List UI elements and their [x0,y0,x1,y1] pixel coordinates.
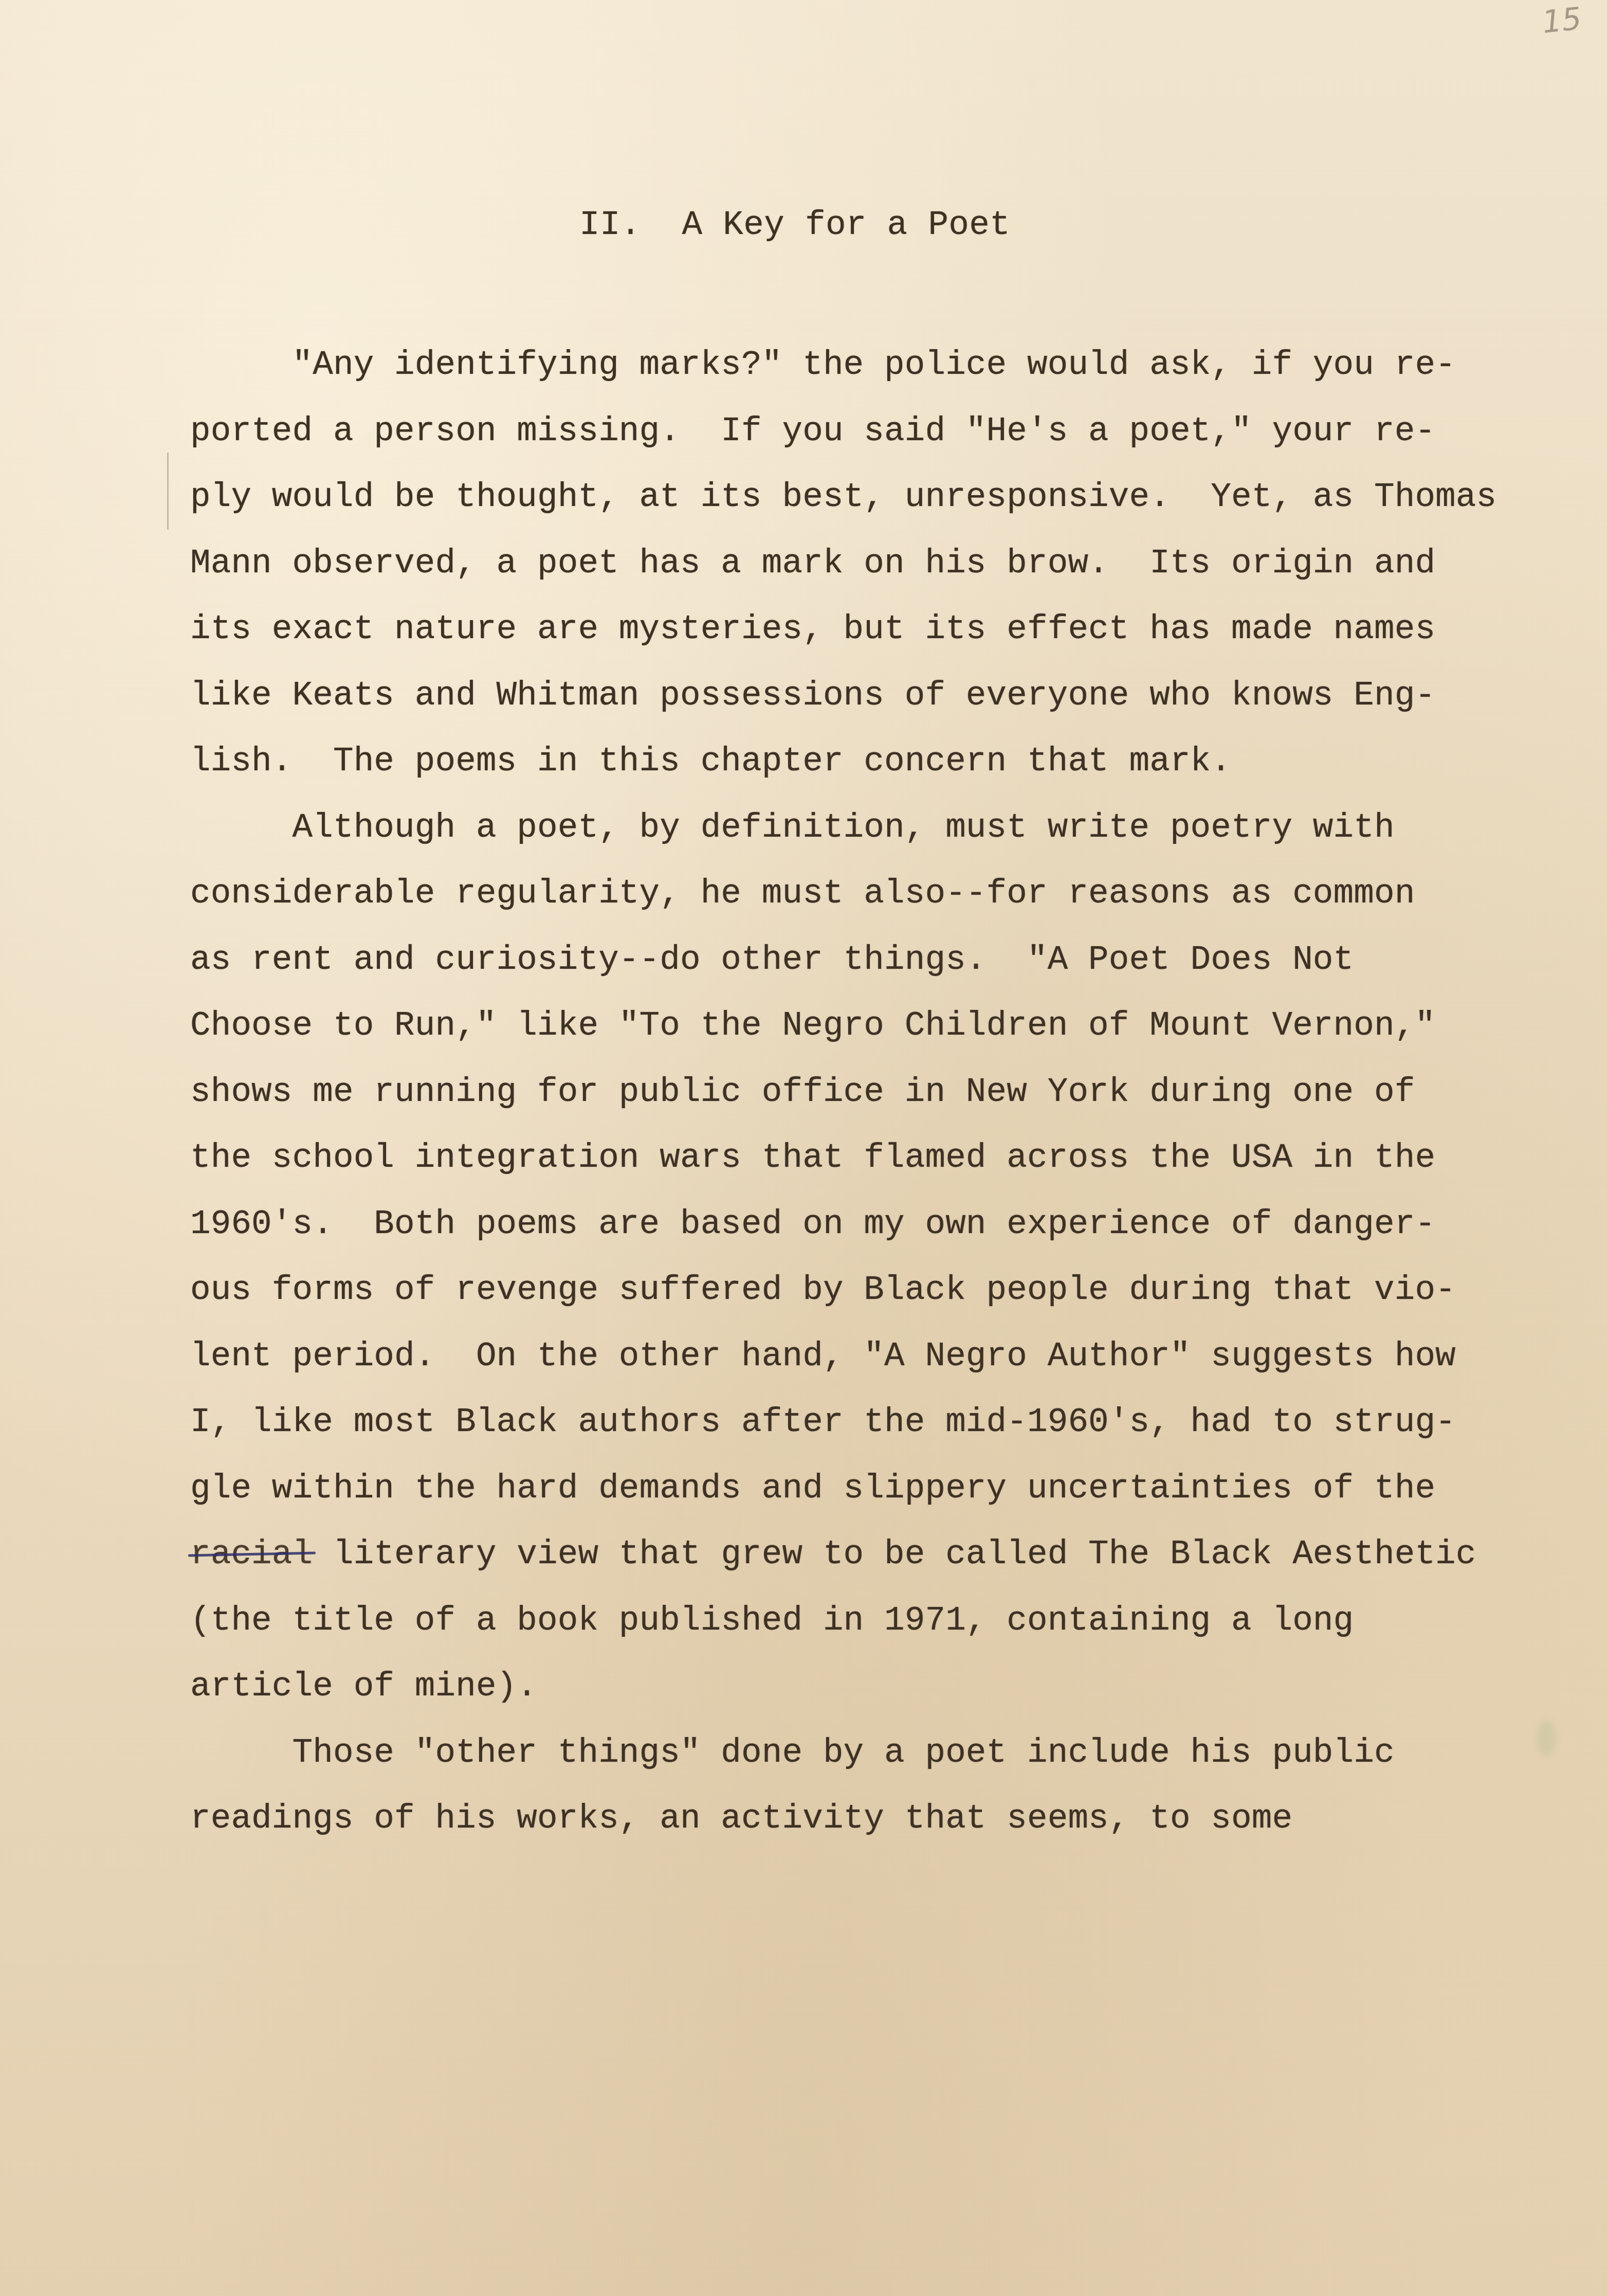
struck-word: racial [190,1535,313,1574]
text-line: lent period. On the other hand, "A Negro… [190,1331,1588,1397]
chapter-title: II. A Key for a Poet [579,205,1010,246]
text-line: readings of his works, an activity that … [190,1793,1588,1859]
text-line: shows me running for public office in Ne… [190,1066,1588,1133]
text-line: the school integration wars that flamed … [190,1132,1588,1199]
text-line: "Any identifying marks?" the police woul… [190,339,1588,406]
body-text: "Any identifying marks?" the police woul… [190,339,1588,1859]
text-line: like Keats and Whitman possessions of ev… [190,670,1588,736]
text-line: its exact nature are mysteries, but its … [190,604,1588,670]
text-line: lish. The poems in this chapter concern … [190,736,1588,802]
text-line: Although a poet, by definition, must wri… [190,802,1588,869]
pencil-margin-mark [167,453,169,530]
text-line: ported a person missing. If you said "He… [190,406,1588,472]
text-line: Choose to Run," like "To the Negro Child… [190,1000,1588,1066]
text-line: gle within the hard demands and slippery… [190,1463,1588,1529]
text-line: 1960's. Both poems are based on my own e… [190,1199,1588,1265]
text-line: Mann observed, a poet has a mark on his … [190,538,1588,604]
handwritten-page-number: 15 [1541,1,1583,41]
text-line: ous forms of revenge suffered by Black p… [190,1264,1588,1331]
line-remainder: literary view that grew to be called The… [313,1535,1476,1574]
text-line: Those "other things" done by a poet incl… [190,1727,1588,1794]
text-line: as rent and curiosity--do other things. … [190,934,1588,1001]
text-line: (the title of a book published in 1971, … [190,1595,1588,1661]
text-line: ply would be thought, at its best, unres… [190,472,1588,538]
text-line: I, like most Black authors after the mid… [190,1397,1588,1463]
text-line: considerable regularity, he must also--f… [190,868,1588,934]
text-line: article of mine). [190,1661,1588,1727]
typewritten-page: 15 II. A Key for a Poet "Any identifying… [0,0,1607,2296]
text-line-with-strikethrough: racial literary view that grew to be cal… [190,1529,1588,1595]
